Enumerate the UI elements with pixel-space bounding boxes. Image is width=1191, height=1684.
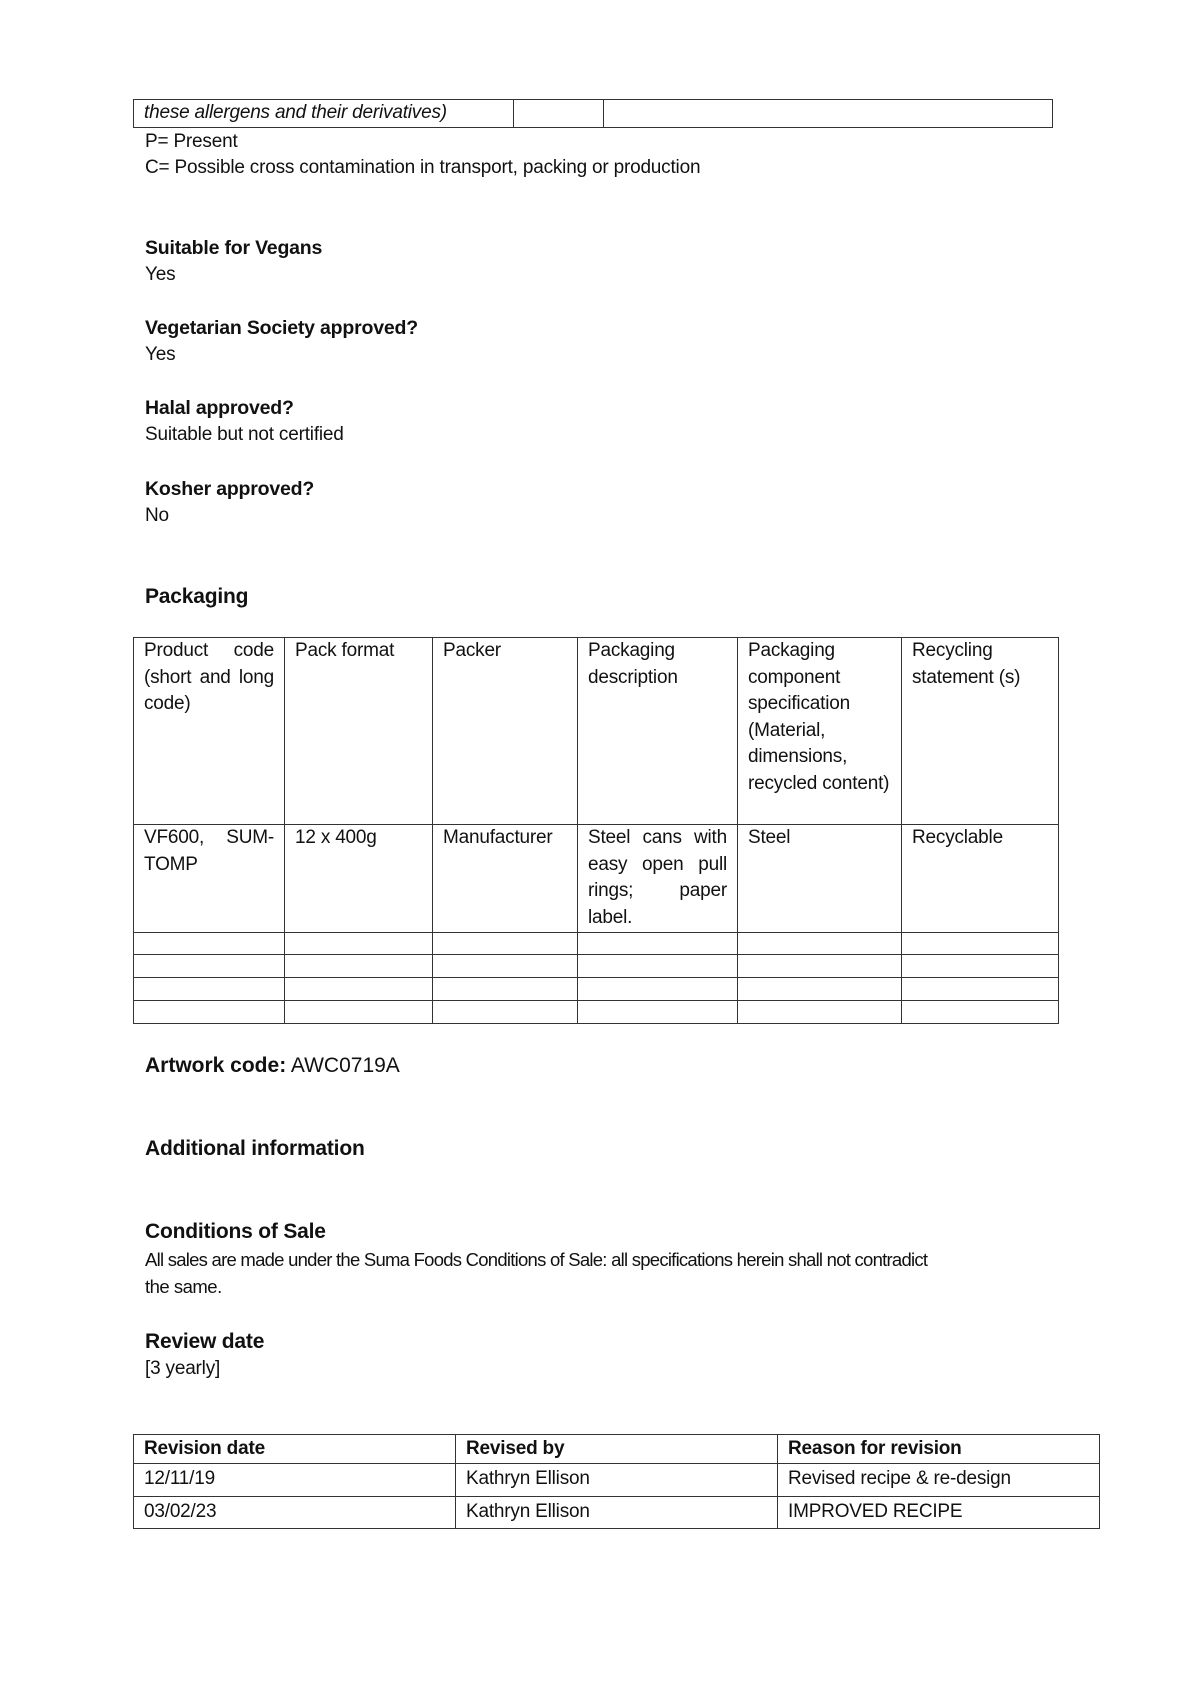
empty-cell xyxy=(134,933,285,955)
empty-cell xyxy=(285,1001,433,1024)
column-header-component-specification: Packaging component specification (Mater… xyxy=(738,638,902,825)
conditions-of-sale-heading: Conditions of Sale xyxy=(145,1218,326,1246)
table-row: 03/02/23 Kathryn Ellison IMPROVED RECIPE xyxy=(134,1497,1100,1529)
kosher-answer: No xyxy=(145,503,169,529)
empty-cell xyxy=(738,978,902,1001)
cell-reason-for-revision: Revised recipe & re-design xyxy=(778,1464,1100,1497)
vegetarian-society-answer: Yes xyxy=(145,342,175,368)
cell-packer: Manufacturer xyxy=(433,825,578,933)
allergen-row-label: these allergens and their derivatives) xyxy=(134,100,514,128)
empty-cell xyxy=(902,978,1059,1001)
cell-recycling-statement: Recyclable xyxy=(902,825,1059,933)
column-header-revision-date: Revision date xyxy=(134,1435,456,1464)
conditions-of-sale-text-line1: All sales are made under the Suma Foods … xyxy=(145,1247,927,1273)
table-row xyxy=(134,955,1059,978)
vegan-question: Suitable for Vegans xyxy=(145,235,322,261)
legend-cross-contamination: C= Possible cross contamination in trans… xyxy=(145,155,700,181)
vegan-answer: Yes xyxy=(145,262,175,288)
cell-product-code: VF600, SUM-TOMP xyxy=(134,825,285,933)
column-header-packaging-description: Packaging description xyxy=(578,638,738,825)
empty-cell xyxy=(902,955,1059,978)
empty-cell xyxy=(578,933,738,955)
table-row xyxy=(134,1001,1059,1024)
table-row: these allergens and their derivatives) xyxy=(134,100,1053,128)
empty-cell xyxy=(285,978,433,1001)
legend-present: P= Present xyxy=(145,129,238,155)
cell-revision-date: 03/02/23 xyxy=(134,1497,456,1529)
empty-cell xyxy=(578,978,738,1001)
vegetarian-society-question: Vegetarian Society approved? xyxy=(145,315,418,341)
allergen-cell xyxy=(604,100,1053,128)
allergen-table-tail: these allergens and their derivatives) xyxy=(133,99,1053,128)
empty-cell xyxy=(134,978,285,1001)
halal-answer: Suitable but not certified xyxy=(145,422,344,448)
cell-pack-format: 12 x 400g xyxy=(285,825,433,933)
empty-cell xyxy=(578,1001,738,1024)
cell-packaging-description: Steel cans with easy open pull rings; pa… xyxy=(578,825,738,933)
cell-revised-by: Kathryn Ellison xyxy=(456,1497,778,1529)
cell-revision-date: 12/11/19 xyxy=(134,1464,456,1497)
packaging-heading: Packaging xyxy=(145,583,248,611)
table-row: 12/11/19 Kathryn Ellison Revised recipe … xyxy=(134,1464,1100,1497)
empty-cell xyxy=(285,955,433,978)
artwork-code-value: AWC0719A xyxy=(291,1054,400,1077)
column-header-pack-format: Pack format xyxy=(285,638,433,825)
packaging-header-row: Product code (short and long code) Pack … xyxy=(134,638,1059,825)
empty-cell xyxy=(902,933,1059,955)
conditions-of-sale-text-line2: the same. xyxy=(145,1274,222,1300)
cell-revised-by: Kathryn Ellison xyxy=(456,1464,778,1497)
table-row xyxy=(134,933,1059,955)
empty-cell xyxy=(738,955,902,978)
empty-cell xyxy=(285,933,433,955)
column-header-product-code: Product code (short and long code) xyxy=(134,638,285,825)
additional-information-heading: Additional information xyxy=(145,1135,365,1163)
allergen-cell xyxy=(514,100,604,128)
cell-component-specification: Steel xyxy=(738,825,902,933)
revision-header-row: Revision date Revised by Reason for revi… xyxy=(134,1435,1100,1464)
artwork-code-label: Artwork code: xyxy=(145,1054,286,1077)
artwork-code: Artwork code: AWC0719A xyxy=(145,1052,400,1080)
empty-cell xyxy=(578,955,738,978)
empty-cell xyxy=(433,1001,578,1024)
kosher-question: Kosher approved? xyxy=(145,476,314,502)
packaging-table: Product code (short and long code) Pack … xyxy=(133,637,1059,1024)
review-date-value: [3 yearly] xyxy=(145,1356,220,1382)
empty-cell xyxy=(433,978,578,1001)
empty-cell xyxy=(433,955,578,978)
empty-cell xyxy=(738,1001,902,1024)
column-header-reason-for-revision: Reason for revision xyxy=(778,1435,1100,1464)
empty-cell xyxy=(738,933,902,955)
table-row xyxy=(134,978,1059,1001)
empty-cell xyxy=(902,1001,1059,1024)
table-row: VF600, SUM-TOMP 12 x 400g Manufacturer S… xyxy=(134,825,1059,933)
column-header-packer: Packer xyxy=(433,638,578,825)
empty-cell xyxy=(134,1001,285,1024)
review-date-heading: Review date xyxy=(145,1328,264,1356)
cell-reason-for-revision: IMPROVED RECIPE xyxy=(778,1497,1100,1529)
empty-cell xyxy=(134,955,285,978)
column-header-recycling-statement: Recycling statement (s) xyxy=(902,638,1059,825)
empty-cell xyxy=(433,933,578,955)
column-header-revised-by: Revised by xyxy=(456,1435,778,1464)
halal-question: Halal approved? xyxy=(145,395,294,421)
revision-table: Revision date Revised by Reason for revi… xyxy=(133,1434,1100,1529)
